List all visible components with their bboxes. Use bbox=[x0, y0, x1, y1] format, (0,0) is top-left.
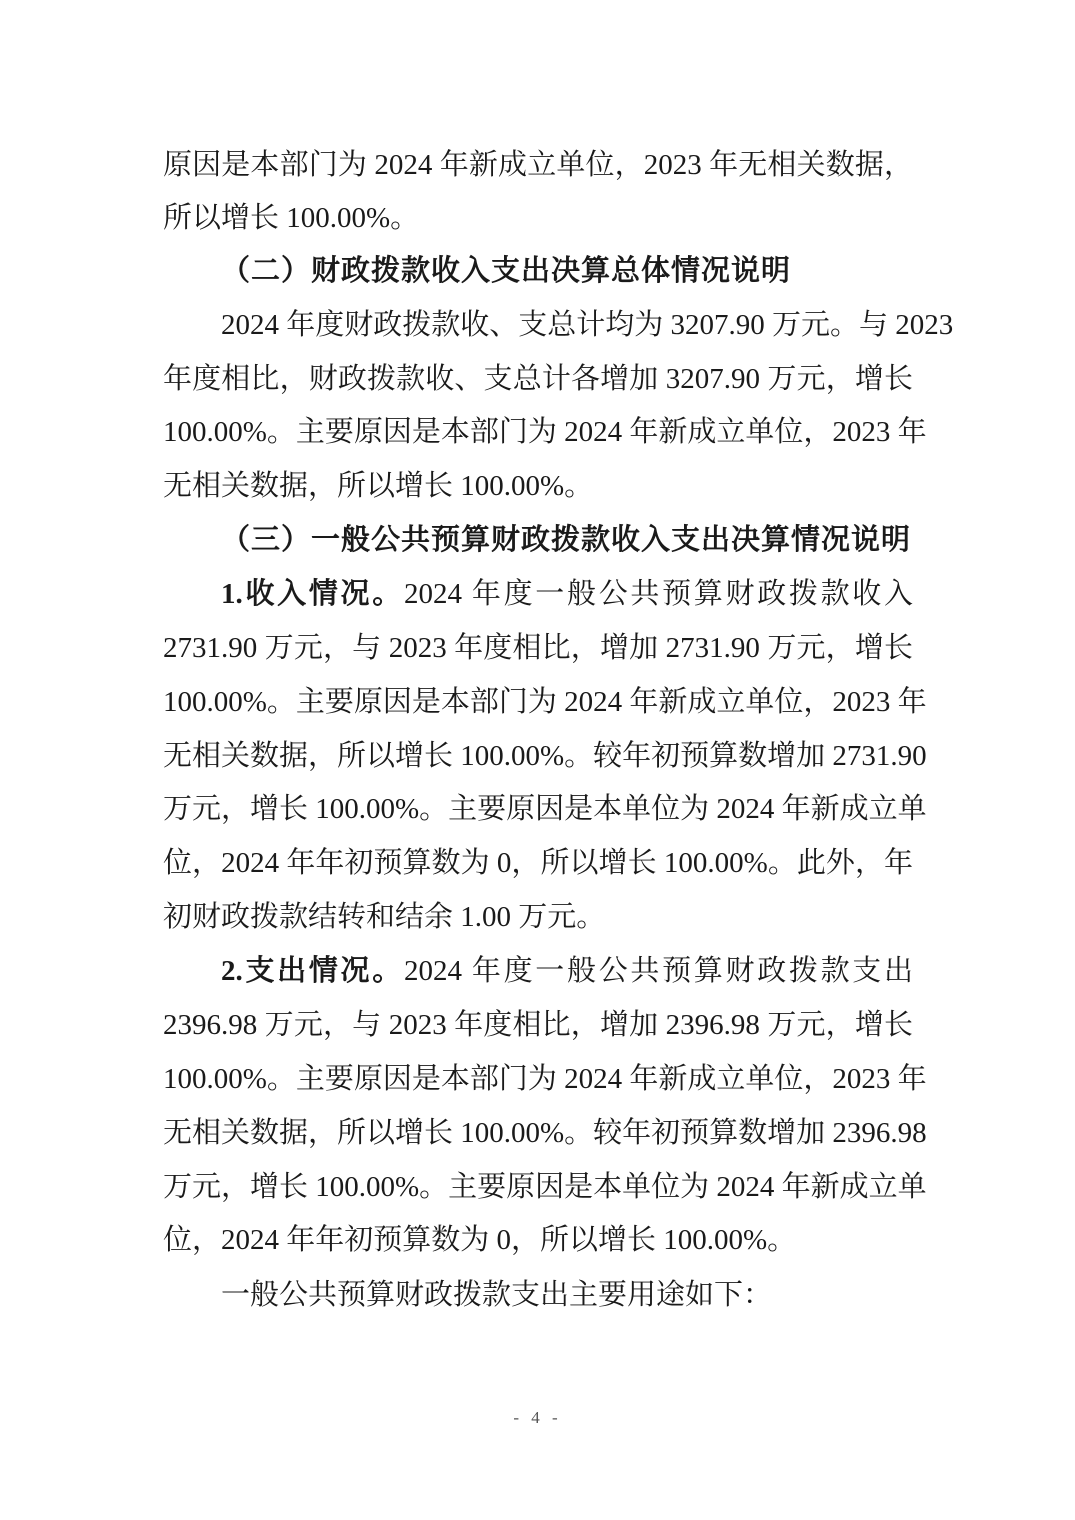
paragraph-line: 初财政拨款结转和结余 1.00 万元。 bbox=[163, 897, 913, 937]
expenditure-first-line: 2.支出情况。2024 年度一般公共预算财政拨款支出 bbox=[221, 951, 913, 991]
page-number: - 4 - bbox=[0, 1408, 1075, 1428]
expenditure-label: 2.支出情况。 bbox=[221, 955, 404, 987]
paragraph-line: 万元，增长 100.00%。主要原因是本单位为 2024 年新成立单 bbox=[163, 1167, 913, 1207]
paragraph-line: 所以增长 100.00%。 bbox=[163, 198, 913, 238]
income-first-text: 2024 年度一般公共预算财政拨款收入 bbox=[404, 578, 913, 610]
paragraph-line: 2024 年度财政拨款收、支总计均为 3207.90 万元。与 2023 bbox=[221, 305, 913, 345]
paragraph-line: 100.00%。主要原因是本部门为 2024 年新成立单位，2023 年 bbox=[163, 412, 913, 452]
paragraph-line: 无相关数据，所以增长 100.00%。较年初预算数增加 2731.90 bbox=[163, 736, 913, 776]
document-page: 原因是本部门为 2024 年新成立单位，2023 年无相关数据， 所以增长 10… bbox=[0, 0, 1075, 1520]
paragraph-line: 原因是本部门为 2024 年新成立单位，2023 年无相关数据， bbox=[163, 145, 913, 185]
paragraph-line: 100.00%。主要原因是本部门为 2024 年新成立单位，2023 年 bbox=[163, 1059, 913, 1099]
expenditure-first-text: 2024 年度一般公共预算财政拨款支出 bbox=[404, 955, 913, 987]
paragraph-line: 无相关数据，所以增长 100.00%。 bbox=[163, 466, 913, 506]
paragraph-line: 2396.98 万元，与 2023 年度相比，增加 2396.98 万元，增长 bbox=[163, 1005, 913, 1045]
paragraph-line: 位，2024 年年初预算数为 0，所以增长 100.00%。此外，年 bbox=[163, 843, 913, 883]
paragraph-line: 年度相比，财政拨款收、支总计各增加 3207.90 万元，增长 bbox=[163, 359, 913, 399]
paragraph-line: 万元，增长 100.00%。主要原因是本单位为 2024 年新成立单 bbox=[163, 789, 913, 829]
paragraph-line: 位，2024 年年初预算数为 0，所以增长 100.00%。 bbox=[163, 1220, 913, 1260]
paragraph-line: 100.00%。主要原因是本部门为 2024 年新成立单位，2023 年 bbox=[163, 682, 913, 722]
paragraph-line: 2731.90 万元，与 2023 年度相比，增加 2731.90 万元，增长 bbox=[163, 628, 913, 668]
income-label: 1.收入情况。 bbox=[221, 578, 404, 610]
section-heading-2: （二）财政拨款收入支出决算总体情况说明 bbox=[221, 251, 791, 291]
paragraph-line: 无相关数据，所以增长 100.00%。较年初预算数增加 2396.98 bbox=[163, 1113, 913, 1153]
usage-intro: 一般公共预算财政拨款支出主要用途如下： bbox=[221, 1275, 913, 1315]
income-first-line: 1.收入情况。2024 年度一般公共预算财政拨款收入 bbox=[221, 574, 913, 614]
section-heading-3: （三）一般公共预算财政拨款收入支出决算情况说明 bbox=[221, 520, 911, 560]
